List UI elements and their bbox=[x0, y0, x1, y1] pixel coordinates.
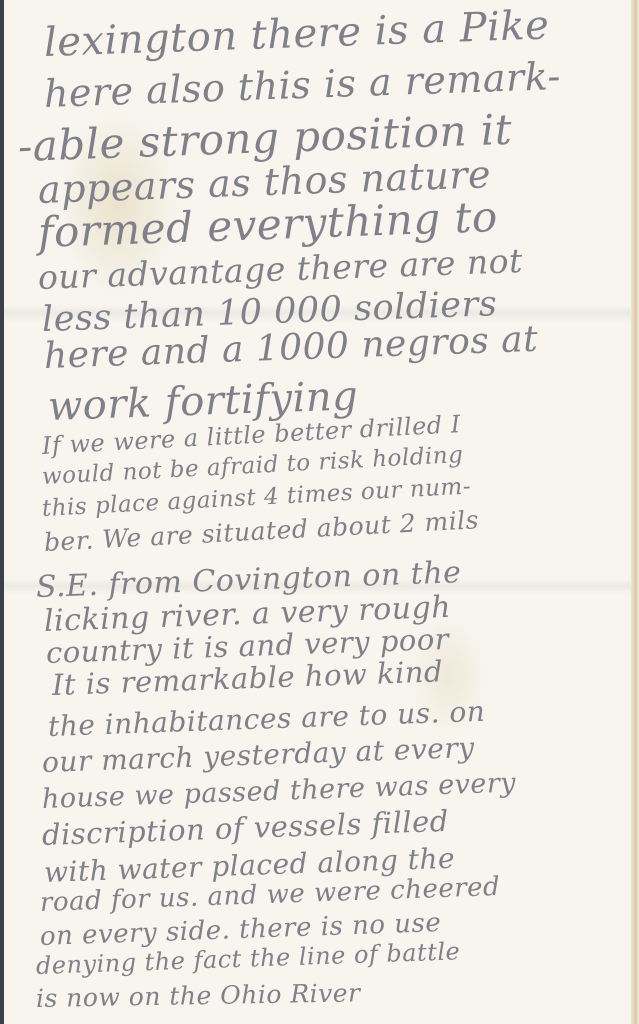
handwritten-line: is now on the Ohio River bbox=[36, 978, 361, 1013]
letter-page: lexington there is a Pike here also this… bbox=[4, 0, 639, 1024]
